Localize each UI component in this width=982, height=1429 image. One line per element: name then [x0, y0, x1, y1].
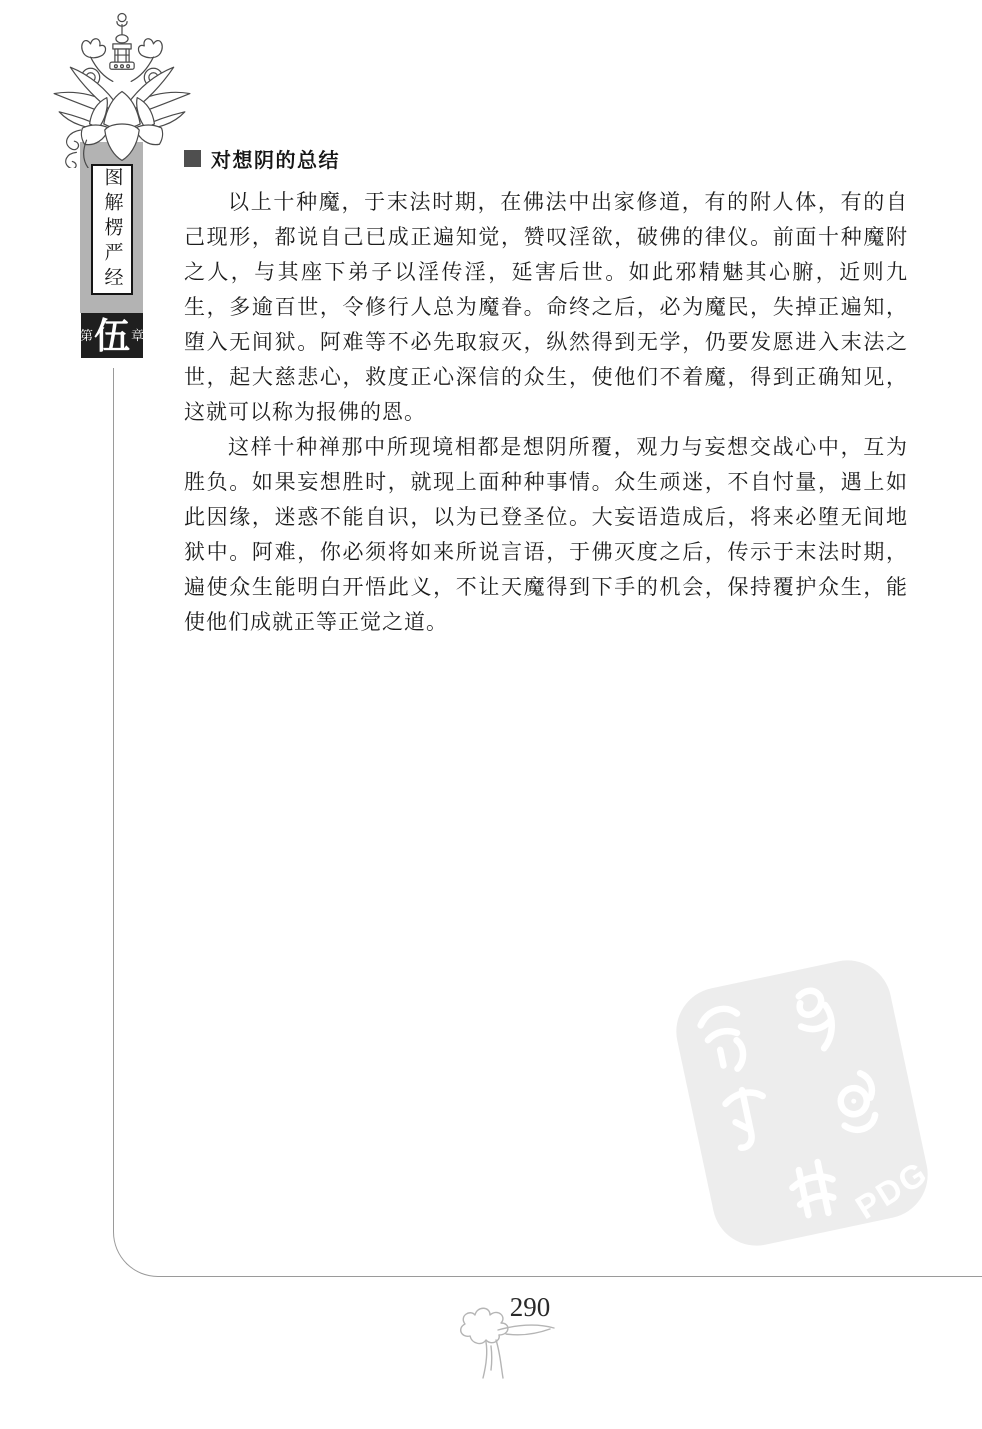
book-title-box: 图解楞严经	[91, 164, 133, 295]
pdg-watermark-stamp: PDG	[668, 952, 936, 1254]
tree-sketch-illustration-icon	[448, 1300, 568, 1382]
section-heading-row: 对想阴的总结	[184, 147, 908, 169]
section-heading: 对想阴的总结	[211, 144, 340, 173]
paragraph: 以上十种魔，于末法时期，在佛法中出家修道，有的附人体，有的自己现形，都说自己已成…	[184, 185, 908, 430]
chapter-badge: 第 伍 章	[81, 313, 143, 358]
chapter-prefix: 第	[80, 329, 93, 342]
lotus-crown-illustration-icon	[46, 10, 198, 168]
paragraph: 这样十种禅那中所现境相都是想阴所覆，观力与妄想交战心中，互为胜负。如果妄想胜时，…	[184, 430, 908, 640]
book-page: { "colors": { "page-bg": "#ffffff", "tex…	[0, 0, 982, 1429]
chapter-suffix: 章	[131, 329, 144, 342]
book-title-vertical: 图解楞严经	[103, 167, 122, 292]
body-text: 以上十种魔，于末法时期，在佛法中出家修道，有的附人体，有的自己现形，都说自己已成…	[184, 185, 908, 640]
main-content: 对想阴的总结 以上十种魔，于末法时期，在佛法中出家修道，有的附人体，有的自己现形…	[184, 147, 908, 640]
chapter-numeral: 伍	[94, 313, 130, 358]
